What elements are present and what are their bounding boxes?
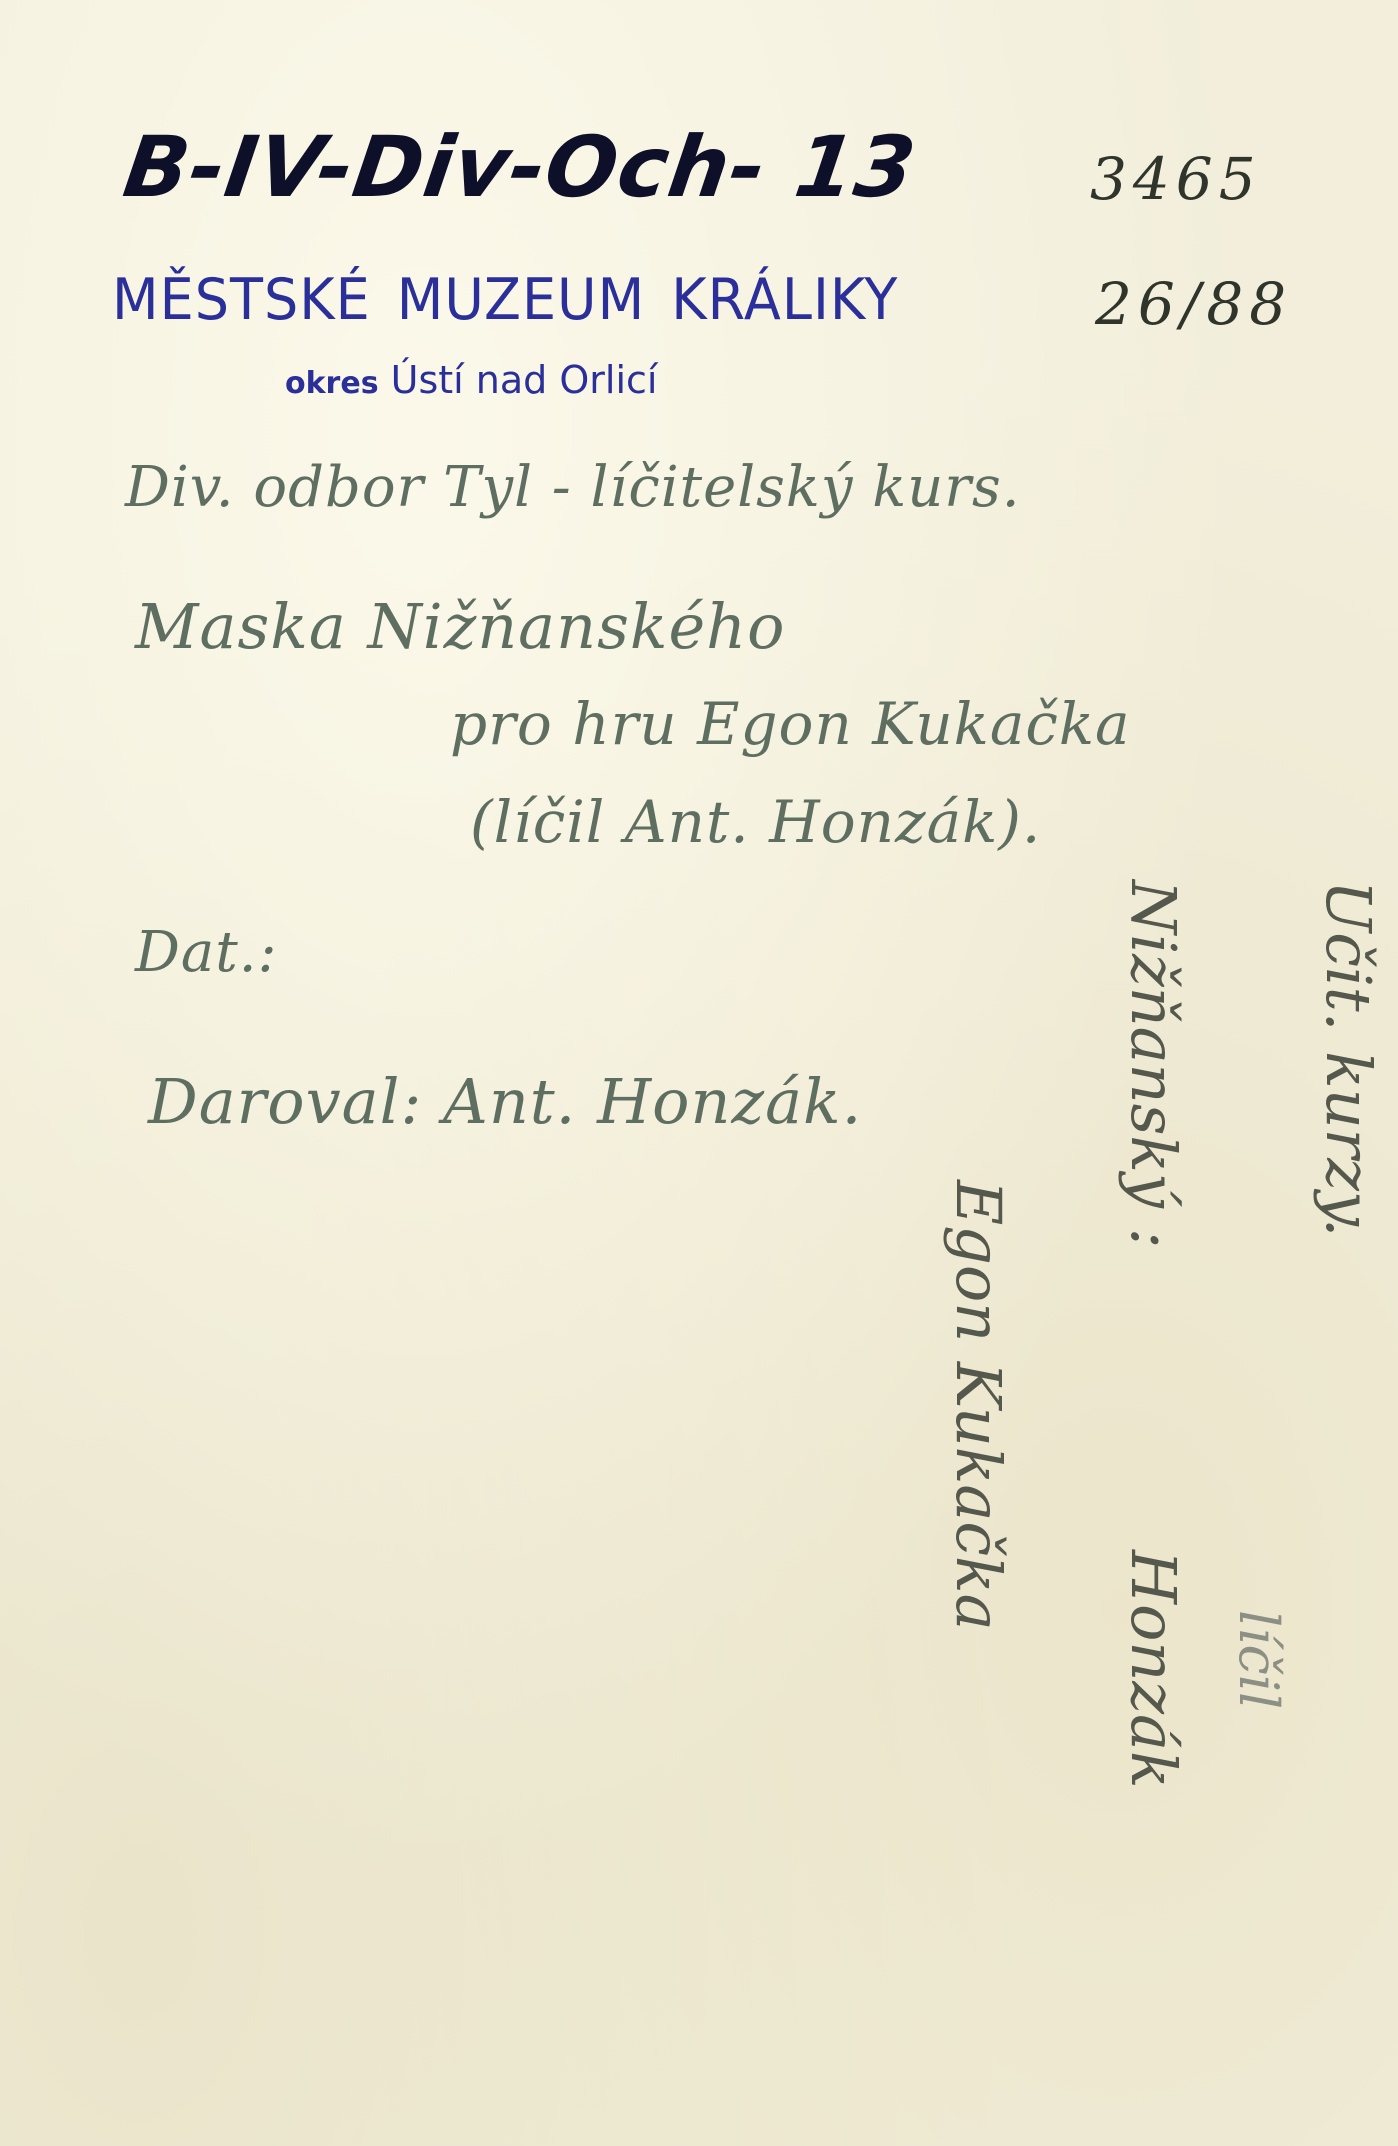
pencil-note-rotated: Egon Kukačka <box>942 1180 1015 1631</box>
stamp-district: Ústí nad Orlicí <box>391 358 658 402</box>
pencil-note-rotated: Učit. kurzy. <box>1312 880 1385 1237</box>
ink-note-line: Div. odbor Tyl - líčitelský kurs. <box>125 455 1021 520</box>
accession-number: 3465 <box>1090 145 1262 213</box>
ink-note-line: pro hru Egon Kukačka <box>450 690 1131 758</box>
ink-note-date-label: Dat.: <box>135 920 277 985</box>
inventory-code: B-IV-Div-Och- 13 <box>118 118 922 216</box>
stamp-word-muzeum: MUZEUM <box>397 266 645 332</box>
museum-stamp-line2: okres Ústí nad Orlicí <box>285 358 657 402</box>
pencil-note-rotated: Nižňanský : <box>1117 880 1190 1249</box>
stamp-word-mestske: MĚSTSKÉ <box>112 266 371 332</box>
photo-card-reverse: B-IV-Div-Och- 13 3465 26/88 MĚSTSKÉMUZEU… <box>0 0 1398 2146</box>
stamp-okres: okres <box>285 366 379 401</box>
pencil-note-rotated: Honzák <box>1117 1550 1190 1789</box>
pencil-note-rotated-faint: líčil <box>1227 1610 1290 1709</box>
ink-note-donor: Daroval: Ant. Honzák. <box>148 1065 862 1138</box>
ink-note-line: Maska Nižňanského <box>135 590 785 663</box>
stamp-word-kraliky: KRÁLIKY <box>671 266 898 332</box>
sub-number: 26/88 <box>1095 270 1292 338</box>
ink-note-line: (líčil Ant. Honzák). <box>470 788 1041 856</box>
museum-stamp-line1: MĚSTSKÉMUZEUMKRÁLIKY <box>112 266 898 332</box>
